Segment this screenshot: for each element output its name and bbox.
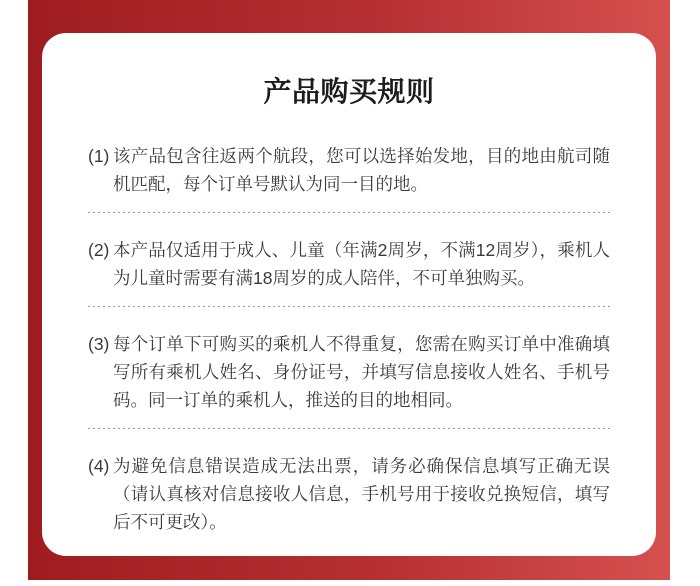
rule-item-1: (1) 该产品包含往返两个航段，您可以选择始发地，目的地由航司随机匹配，每个订单…	[88, 142, 610, 198]
rule-1-marker: (1)	[88, 142, 113, 198]
rule-4-text: 为避免信息错误造成无法出票，请务必确保信息填写正确无误（请认真核对信息接收人信息…	[113, 452, 610, 536]
divider	[88, 428, 610, 429]
divider	[88, 306, 610, 307]
rule-item-3: (3) 每个订单下可购买的乘机人不得重复，您需在购买订单中准确填写所有乘机人姓名…	[88, 330, 610, 414]
page-title: 产品购买规则	[88, 75, 610, 109]
purchase-rules-card: 产品购买规则 (1) 该产品包含往返两个航段，您可以选择始发地，目的地由航司随机…	[42, 33, 656, 556]
divider	[88, 212, 610, 213]
rule-1-text: 该产品包含往返两个航段，您可以选择始发地，目的地由航司随机匹配，每个订单号默认为…	[113, 142, 610, 198]
rule-4-marker: (4)	[88, 452, 113, 536]
page: 产品购买规则 (1) 该产品包含往返两个航段，您可以选择始发地，目的地由航司随机…	[0, 0, 700, 586]
rule-2-marker: (2)	[88, 236, 113, 292]
rule-item-2: (2) 本产品仅适用于成人、儿童（年满2周岁，不满12周岁），乘机人为儿童时需要…	[88, 236, 610, 292]
rule-3-text: 每个订单下可购买的乘机人不得重复，您需在购买订单中准确填写所有乘机人姓名、身份证…	[113, 330, 610, 414]
rule-2-text: 本产品仅适用于成人、儿童（年满2周岁，不满12周岁），乘机人为儿童时需要有满18…	[113, 236, 610, 292]
rule-3-marker: (3)	[88, 330, 113, 414]
rule-item-4: (4) 为避免信息错误造成无法出票，请务必确保信息填写正确无误（请认真核对信息接…	[88, 452, 610, 536]
